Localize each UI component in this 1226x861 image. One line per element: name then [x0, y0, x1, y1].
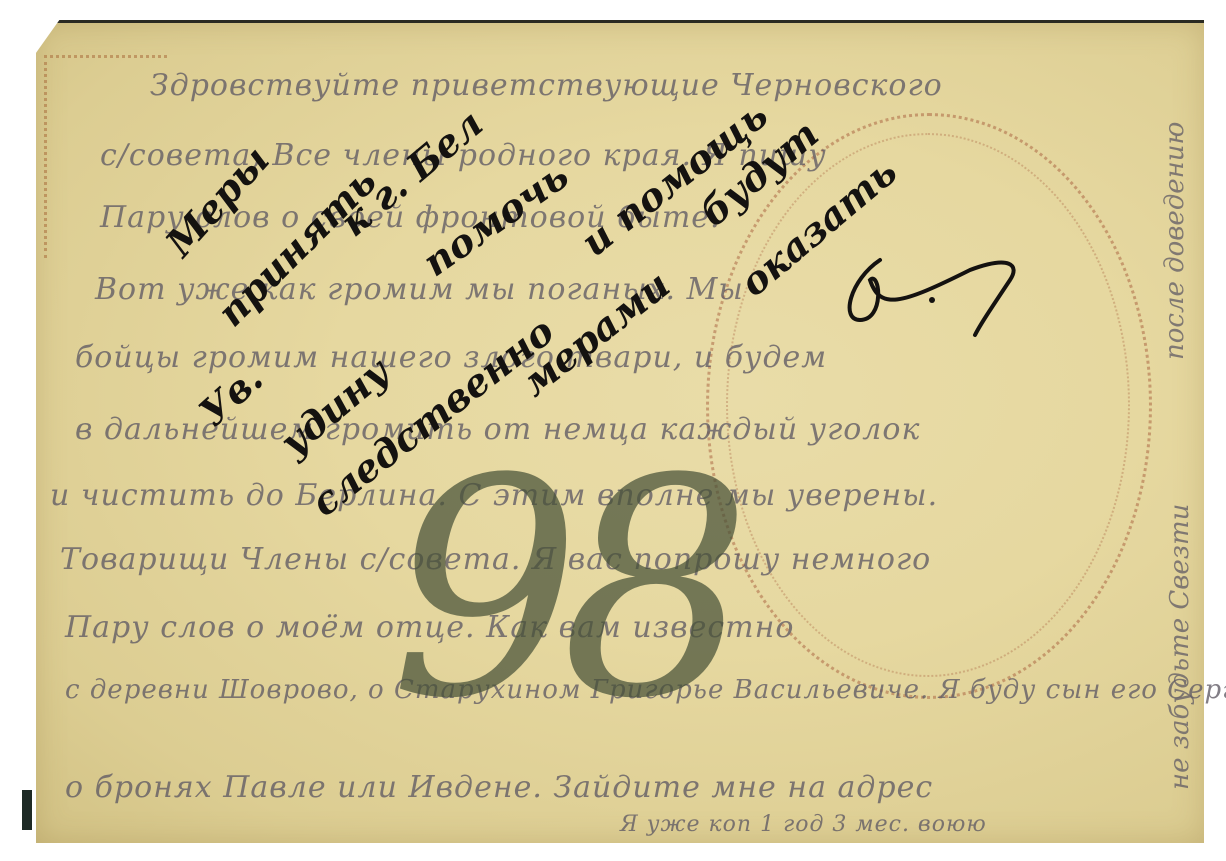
letter-line-12: Я уже коп 1 год 3 мес. воюю	[620, 812, 987, 837]
archive-number: 98	[390, 440, 732, 740]
letter-line-11: о бронях Павле или Ивдене. Зайдите мне н…	[65, 770, 933, 805]
postmark-stamp-inner-ring	[726, 133, 1130, 677]
letter-line-1: Здровствуйте приветствующие Черновского	[150, 68, 943, 103]
vertical-margin-note-top: после доведению	[1160, 122, 1190, 360]
vertical-margin-note-bottom: не забудьте Свезти	[1165, 504, 1195, 790]
corner-ink-stain	[22, 790, 32, 830]
ink-signature	[840, 250, 1030, 340]
letter-line-5: бойцы громим нашего злого твари, и будем	[75, 340, 827, 375]
